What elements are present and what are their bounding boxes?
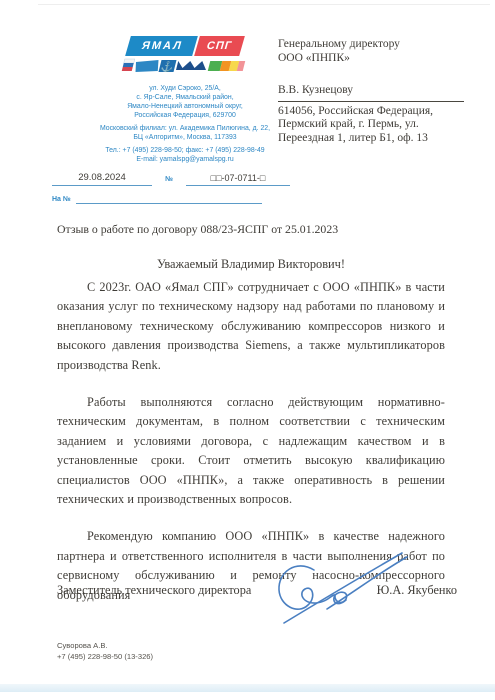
reference-block: 29.08.2024 № □□-07-0711-□ На № (52, 172, 290, 204)
number-label: № (152, 176, 186, 186)
signature-row: Заместитель технического директора Ю.А. … (57, 583, 457, 598)
logo-spg-block: СПГ (194, 36, 245, 56)
signer-name: Ю.А. Якубенко (377, 583, 457, 598)
executor-phone: +7 (495) 228-98-50 (13-326) (57, 652, 153, 663)
recipient-address-line: Переездная 1, литер Б1, оф. 13 (278, 132, 464, 146)
letter-number: □□-07-0711-□ (186, 173, 290, 186)
logo-wordmark: ЯМАЛ СПГ (116, 36, 254, 56)
paragraph: С 2023г. ОАО «Ямал СПГ» сотрудничает с О… (57, 278, 445, 375)
recipient-block: Генеральному директору ООО «ПНПК» В.В. К… (278, 38, 464, 145)
company-logo: ЯМАЛ СПГ ⚓ (119, 36, 251, 74)
paragraph: Работы выполняются согласно действующим … (57, 393, 445, 509)
signer-position: Заместитель технического директора (57, 583, 251, 598)
logo-decorative-strip: ⚓ (119, 58, 251, 74)
executor-footer: Суворова А.В. +7 (495) 228-98-50 (13-326… (57, 641, 153, 662)
reply-to-row: На № (52, 195, 290, 204)
phone-fax-line: Тел.: +7 (495) 228-98-50; факс: +7 (495)… (50, 146, 320, 155)
recipient-position: Генеральному директору (278, 38, 464, 52)
logo-yamal-block: ЯМАЛ (125, 36, 198, 56)
date-number-row: 29.08.2024 № □□-07-0711-□ (52, 172, 290, 186)
reply-to-blank-line (76, 195, 262, 204)
recipient-address-line: 614056, Российская Федерация, (278, 105, 464, 119)
letter-body: С 2023г. ОАО «Ямал СПГ» сотрудничает с О… (57, 278, 445, 605)
letter-page: ЯМАЛ СПГ ⚓ ул. Х (0, 0, 495, 700)
letterhead-contacts: Тел.: +7 (495) 228-98-50; факс: +7 (495)… (50, 146, 320, 164)
recipient-name: В.В. Кузнецову (278, 84, 464, 102)
recipient-address-line: Пермский край, г. Пермь, ул. (278, 118, 464, 132)
email-line: E-mail: yamalspg@yamalspg.ru (50, 155, 320, 164)
executor-name: Суворова А.В. (57, 641, 153, 652)
subject-line: Отзыв о работе по договору 088/23-ЯСПГ о… (57, 222, 445, 237)
scan-bottom-band (0, 684, 495, 692)
reply-to-label: На № (52, 196, 76, 204)
scan-edge-artifact (38, 4, 490, 5)
salutation: Уважаемый Владимир Викторович! (57, 257, 445, 272)
recipient-company: ООО «ПНПК» (278, 52, 464, 66)
letter-date: 29.08.2024 (52, 172, 152, 186)
